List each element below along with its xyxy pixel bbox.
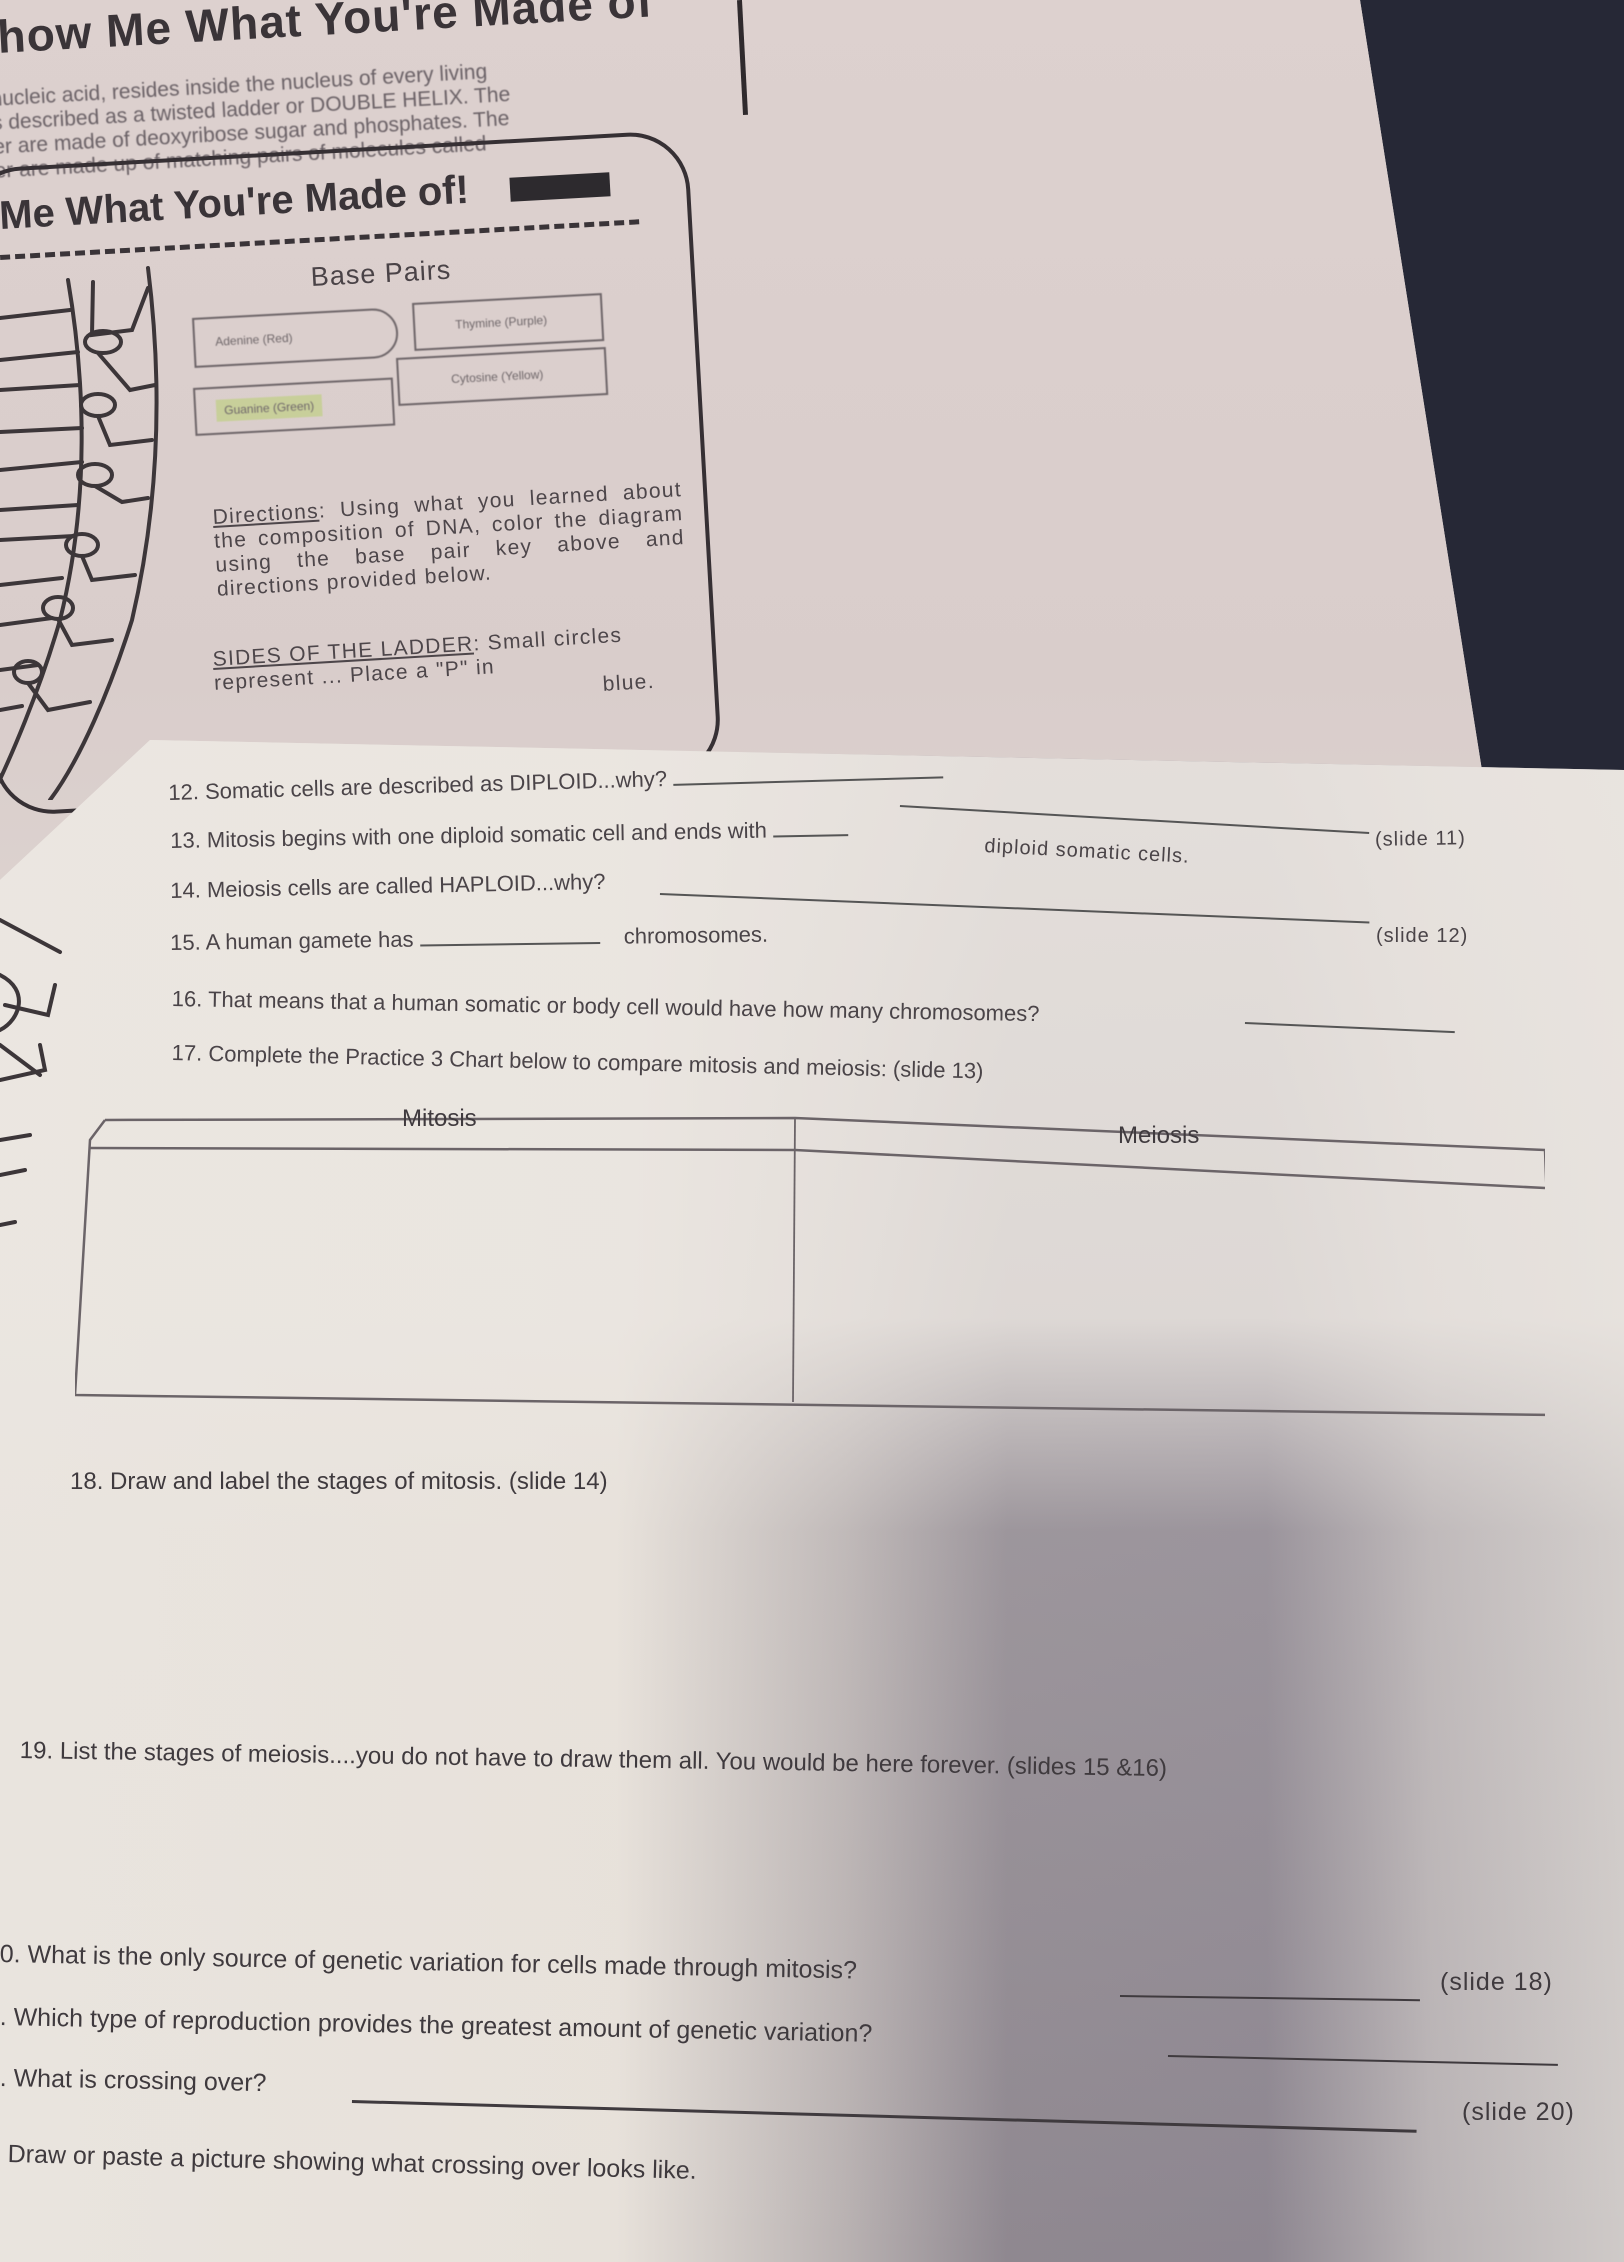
answer-blank-15[interactable]	[420, 941, 600, 947]
slide-ref-18: (slide 18)	[1440, 1968, 1553, 1997]
slide-ref-12: (slide 12)	[1376, 925, 1468, 948]
base-pair-adenine: Adenine (Red)	[192, 307, 399, 368]
chart-header-meiosis: Meiosis	[1118, 1122, 1199, 1150]
chart-cell-meiosis[interactable]	[800, 1175, 1530, 1395]
drawing-area-crossing-over[interactable]	[0, 2190, 1600, 2260]
question-22: . What is crossing over?	[0, 2064, 267, 2098]
base-pair-thymine: Thymine (Purple)	[412, 293, 604, 351]
drawing-area-mitosis[interactable]	[60, 1510, 1540, 1690]
answer-blank-13[interactable]	[773, 833, 848, 837]
answer-blank-12[interactable]	[673, 775, 943, 786]
slide-ref-20: (slide 20)	[1462, 2098, 1575, 2127]
slide-ref-11: (slide 11)	[1375, 827, 1466, 852]
question-18: 18. Draw and label the stages of mitosis…	[70, 1468, 608, 1496]
answer-area-19[interactable]	[20, 1790, 1520, 1920]
chart-cell-mitosis[interactable]	[85, 1165, 790, 1390]
dna-ladder-drawing	[0, 240, 200, 800]
chart-header-mitosis: Mitosis	[402, 1105, 477, 1133]
